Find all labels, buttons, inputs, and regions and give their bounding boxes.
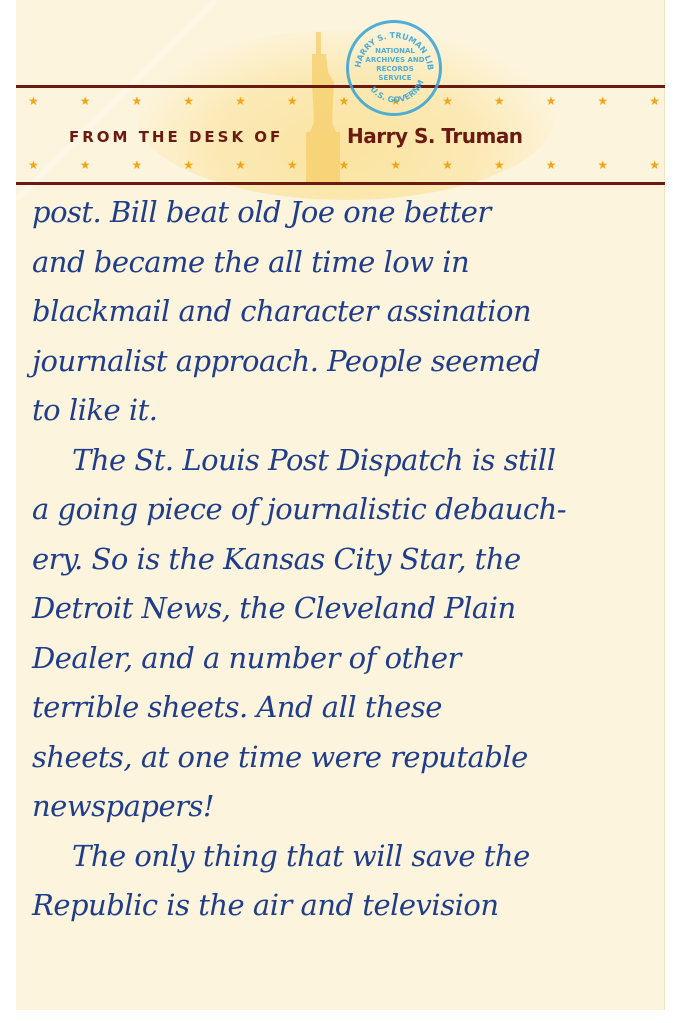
star-icon: ★ bbox=[442, 94, 453, 108]
stamp-center-text: NATIONAL ARCHIVES AND RECORDS SERVICE bbox=[363, 47, 427, 83]
star-icon: ★ bbox=[339, 158, 350, 172]
star-icon: ★ bbox=[235, 94, 246, 108]
letter-line: sheets, at one time were reputable bbox=[32, 733, 672, 783]
star-icon: ★ bbox=[494, 158, 505, 172]
star-icon: ★ bbox=[597, 94, 608, 108]
star-icon: ★ bbox=[132, 158, 143, 172]
star-icon: ★ bbox=[132, 94, 143, 108]
letter-line: and became the all time low in bbox=[32, 238, 672, 288]
letter-line: The only thing that will save the bbox=[32, 832, 672, 882]
letter-line: post. Bill beat old Joe one better bbox=[32, 188, 672, 238]
letter-line: newspapers! bbox=[32, 782, 672, 832]
letter-line: terrible sheets. And all these bbox=[32, 683, 672, 733]
letter-line: Dealer, and a number of other bbox=[32, 634, 672, 684]
star-row-bottom: ★ ★ ★ ★ ★ ★ ★ ★ ★ ★ ★ ★ ★ bbox=[28, 158, 668, 172]
star-icon: ★ bbox=[235, 158, 246, 172]
handwritten-letter-body: post. Bill beat old Joe one better and b… bbox=[32, 188, 672, 931]
star-icon: ★ bbox=[80, 94, 91, 108]
letterhead-rule-bottom bbox=[16, 182, 665, 185]
star-icon: ★ bbox=[183, 158, 194, 172]
star-icon: ★ bbox=[28, 94, 39, 108]
letter-line: blackmail and character assination bbox=[32, 287, 672, 337]
star-icon: ★ bbox=[494, 94, 505, 108]
letter-page: ★ ★ ★ ★ ★ ★ ★ ★ ★ ★ ★ ★ ★ FROM THE DESK … bbox=[16, 0, 665, 1010]
star-icon: ★ bbox=[287, 94, 298, 108]
star-icon: ★ bbox=[390, 158, 401, 172]
star-icon: ★ bbox=[183, 94, 194, 108]
letterhead-label: FROM THE DESK OF bbox=[69, 128, 283, 146]
letter-line: ery. So is the Kansas City Star, the bbox=[32, 535, 672, 585]
star-icon: ★ bbox=[80, 158, 91, 172]
star-icon: ★ bbox=[649, 158, 660, 172]
star-icon: ★ bbox=[546, 94, 557, 108]
letter-line: Republic is the air and television bbox=[32, 881, 672, 931]
star-icon: ★ bbox=[546, 158, 557, 172]
star-icon: ★ bbox=[597, 158, 608, 172]
letter-line: Detroit News, the Cleveland Plain bbox=[32, 584, 672, 634]
letter-line: journalist approach. People seemed bbox=[32, 337, 672, 387]
letterhead-name: Harry S. Truman bbox=[347, 124, 523, 148]
star-icon: ★ bbox=[287, 158, 298, 172]
letter-line: a going piece of journalistic debauch- bbox=[32, 485, 672, 535]
letterhead-rule-top bbox=[16, 85, 665, 88]
archive-stamp: HARRY S. TRUMAN LIBRARY U.S. GOVERNMENT … bbox=[346, 20, 442, 116]
letter-line: to like it. bbox=[32, 386, 672, 436]
star-icon: ★ bbox=[28, 158, 39, 172]
star-icon: ★ bbox=[442, 158, 453, 172]
star-icon: ★ bbox=[649, 94, 660, 108]
letter-line: The St. Louis Post Dispatch is still bbox=[32, 436, 672, 486]
